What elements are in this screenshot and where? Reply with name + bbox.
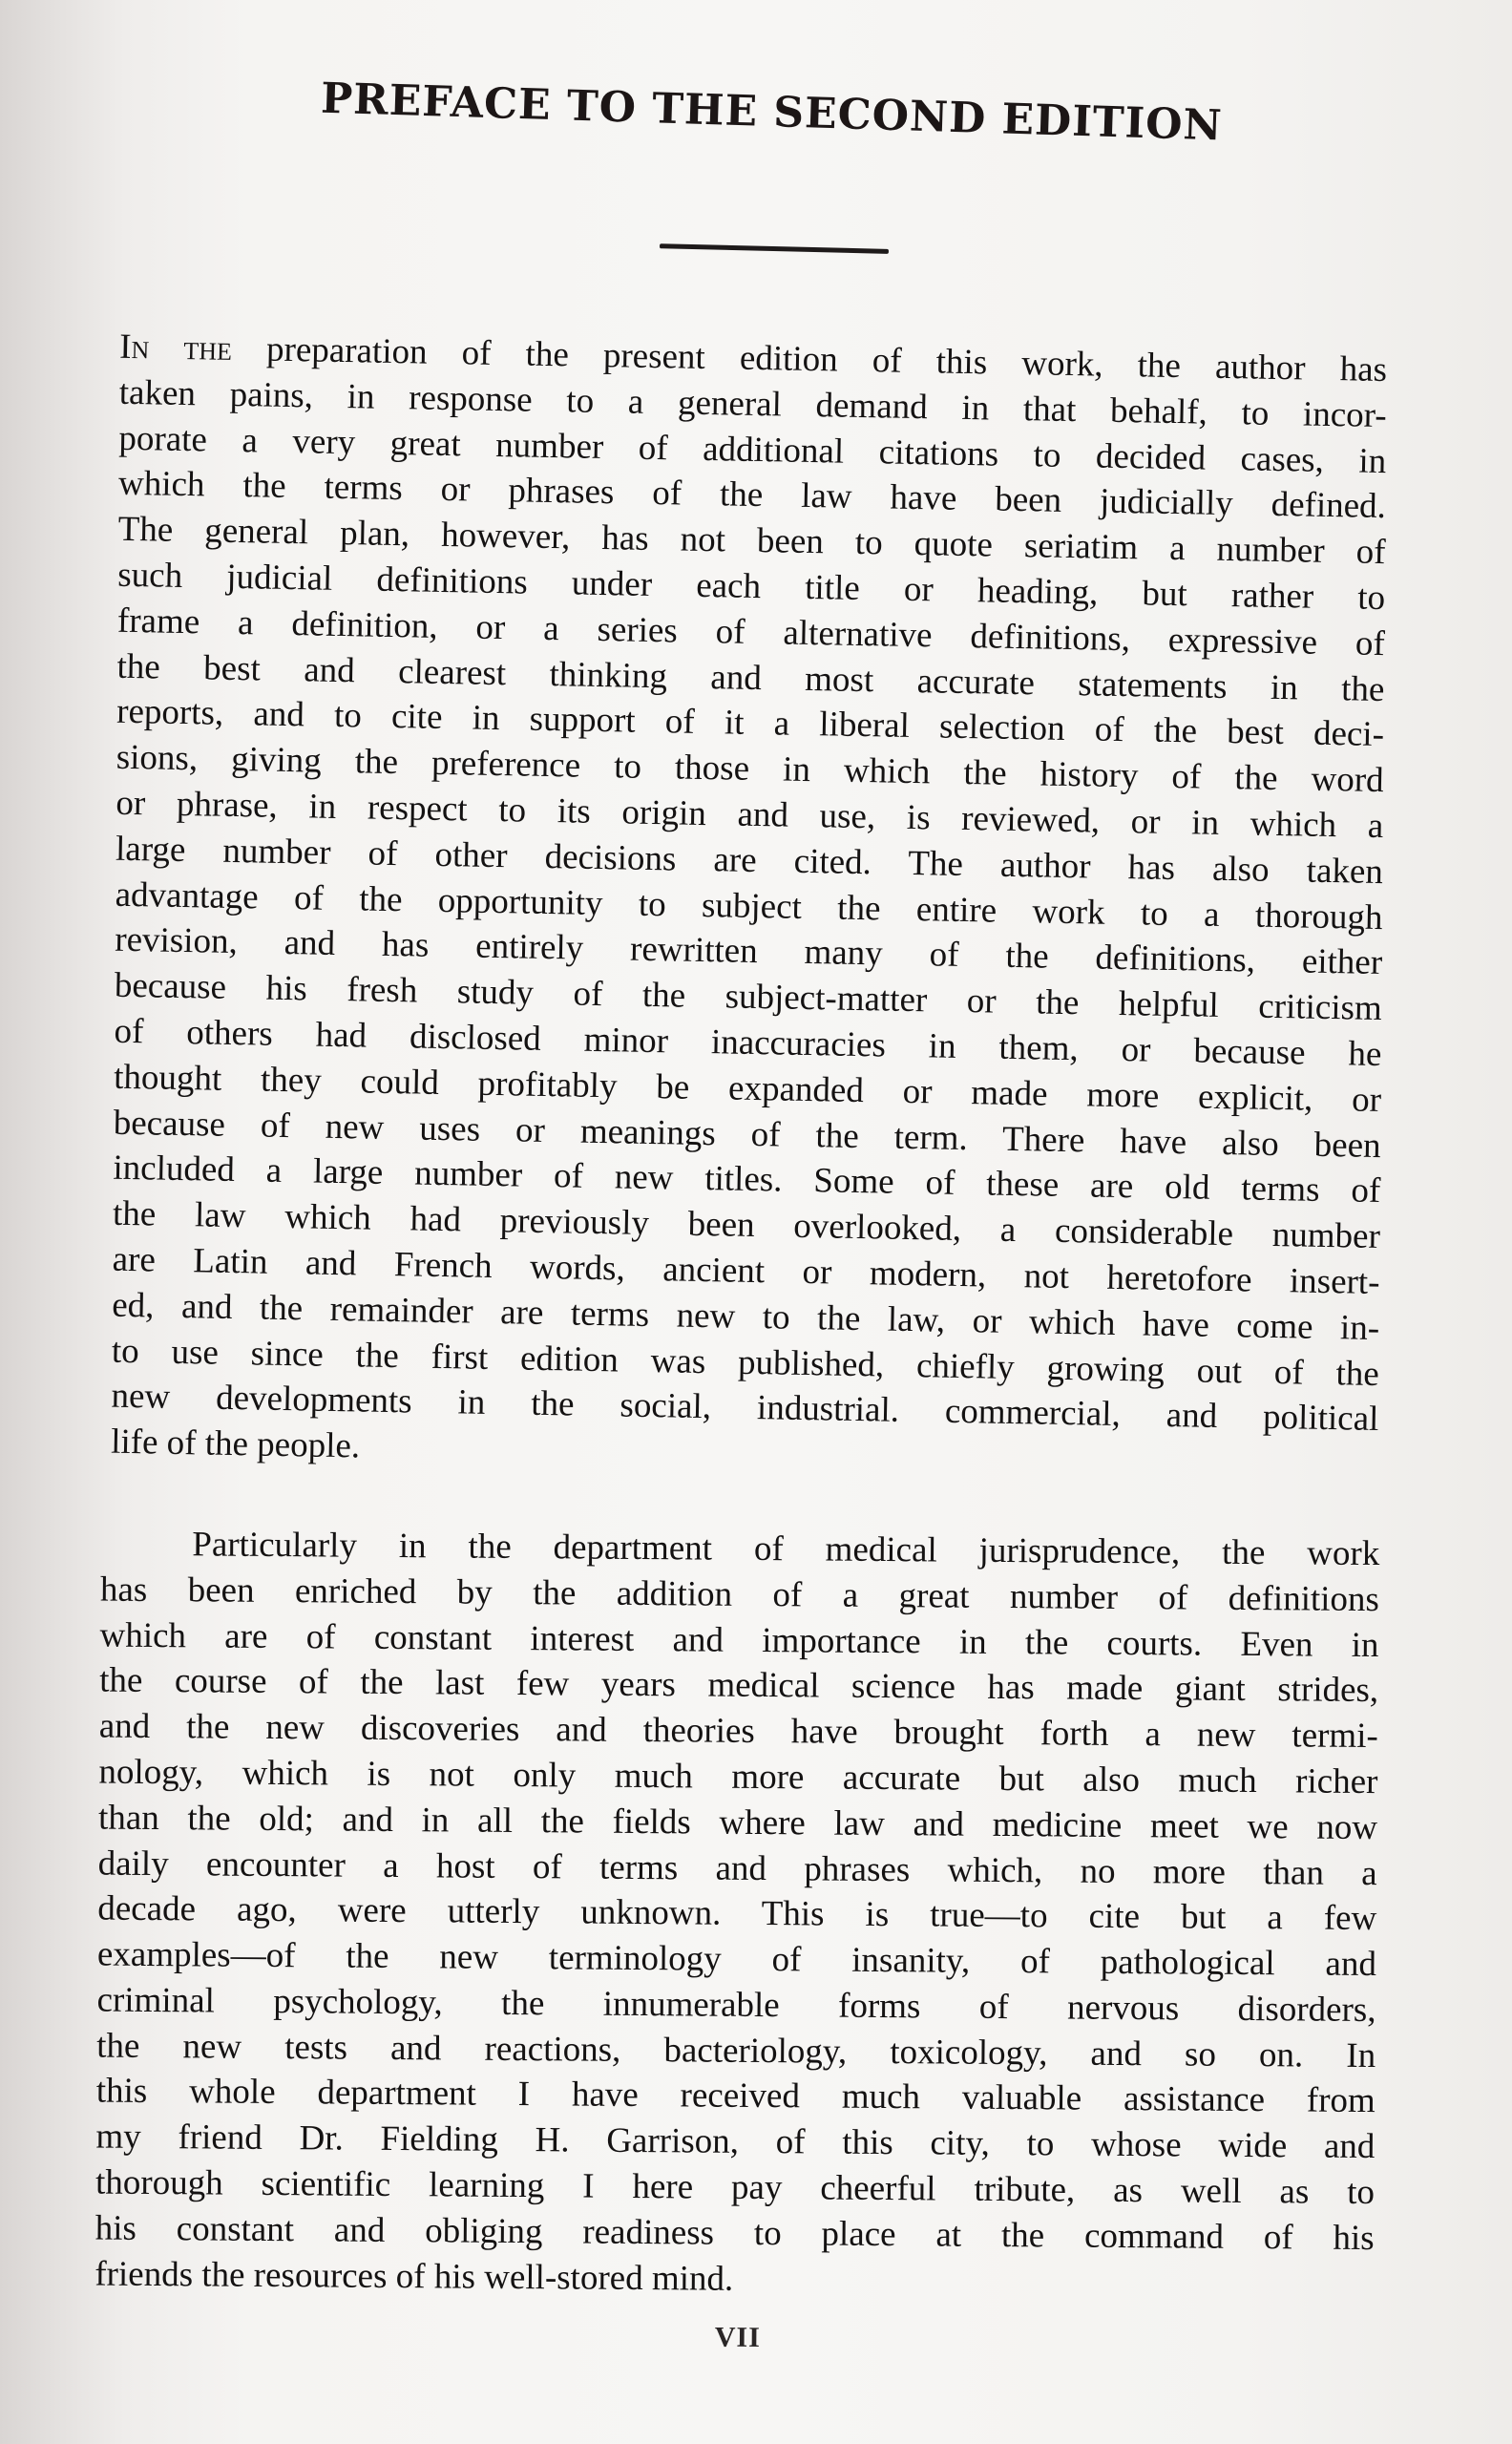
body-text: In the preparation of the present editio… [104, 331, 1387, 2307]
page-title: PREFACE TO THE SECOND EDITION [265, 73, 1278, 152]
book-page: PREFACE TO THE SECOND EDITION In the pre… [0, 0, 1512, 2444]
title-divider-rule [660, 243, 889, 254]
paragraph-1: In the preparation of the present editio… [111, 331, 1387, 1482]
paragraph-2: Particularly in the department of medica… [94, 1521, 1379, 2307]
page-number: VII [715, 2322, 761, 2354]
lead-in-smallcaps: In the [119, 327, 233, 369]
